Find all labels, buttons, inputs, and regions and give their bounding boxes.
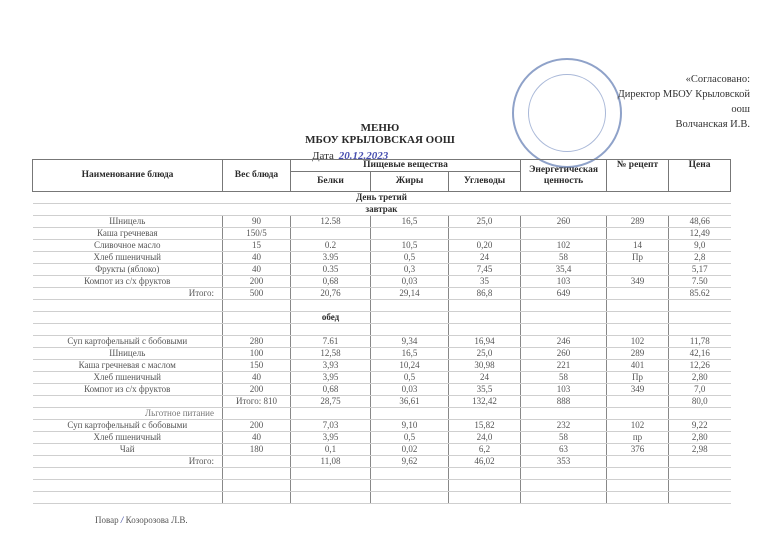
dish-recipe: 289 xyxy=(607,216,669,228)
total-row: Итого:50020,7629,1486,864985.62 xyxy=(33,288,731,300)
dish-energy: 102 xyxy=(521,240,607,252)
signature-mark: / xyxy=(121,515,124,525)
dish-protein: 0,68 xyxy=(291,276,371,288)
total-energy: 888 xyxy=(521,396,607,408)
dish-name: Суп картофельный с бобовыми xyxy=(33,336,223,348)
dish-carbs: 30,98 xyxy=(449,360,521,372)
total-recipe xyxy=(607,396,669,408)
dish-price: 9,22 xyxy=(669,420,731,432)
total-price xyxy=(669,456,731,468)
dish-carbs: 7,45 xyxy=(449,264,521,276)
dish-row: Суп картофельный с бобовыми2807.619,3416… xyxy=(33,336,731,348)
dish-carbs: 35,5 xyxy=(449,384,521,396)
dish-row: Сливочное масло150.210,50,20102149,0 xyxy=(33,240,731,252)
dish-protein: 0,1 xyxy=(291,444,371,456)
dish-energy: 246 xyxy=(521,336,607,348)
total-protein: 20,76 xyxy=(291,288,371,300)
dish-fat: 16,5 xyxy=(371,348,449,360)
dish-name: Компот из с/х фруктов xyxy=(33,384,223,396)
dish-energy: 260 xyxy=(521,216,607,228)
dish-fat: 0,5 xyxy=(371,432,449,444)
dish-recipe: 14 xyxy=(607,240,669,252)
header-nutrients: Пищевые вещества xyxy=(291,160,521,172)
dish-name: Чай xyxy=(33,444,223,456)
dish-name: Каша гречневая xyxy=(33,228,223,240)
dish-price: 11,78 xyxy=(669,336,731,348)
section-row: обед xyxy=(33,312,731,324)
dish-energy: 260 xyxy=(521,348,607,360)
dish-energy: 103 xyxy=(521,384,607,396)
dish-row: Каша гречневая с маслом1503,9310,2430,98… xyxy=(33,360,731,372)
dish-protein xyxy=(291,228,371,240)
total-recipe xyxy=(607,456,669,468)
total-carbs: 132,42 xyxy=(449,396,521,408)
dish-price: 2,80 xyxy=(669,432,731,444)
day-label: День третий xyxy=(33,192,731,204)
dish-energy xyxy=(521,228,607,240)
dish-name: Шницель xyxy=(33,216,223,228)
header-carbs: Углеводы xyxy=(449,172,521,192)
header-fat: Жиры xyxy=(371,172,449,192)
dish-recipe: 401 xyxy=(607,360,669,372)
approval-title: «Согласовано: xyxy=(600,72,750,87)
dish-fat: 10,24 xyxy=(371,360,449,372)
empty-row xyxy=(33,492,731,504)
dish-recipe: Пр xyxy=(607,372,669,384)
approval-name: Волчанская И.В. xyxy=(600,117,750,132)
dish-fat: 10,5 xyxy=(371,240,449,252)
dish-price: 2,98 xyxy=(669,444,731,456)
dish-weight: 40 xyxy=(223,252,291,264)
dish-weight: 280 xyxy=(223,336,291,348)
dish-carbs: 0,20 xyxy=(449,240,521,252)
dish-name: Хлеб пшеничный xyxy=(33,372,223,384)
dish-recipe: 349 xyxy=(607,384,669,396)
dish-price: 42,16 xyxy=(669,348,731,360)
dish-weight: 180 xyxy=(223,444,291,456)
total-weight: 500 xyxy=(223,288,291,300)
dish-recipe: 349 xyxy=(607,276,669,288)
section-row: завтрак xyxy=(33,204,731,216)
dish-carbs: 15,82 xyxy=(449,420,521,432)
dish-fat: 16,5 xyxy=(371,216,449,228)
total-energy: 649 xyxy=(521,288,607,300)
dish-name: Суп картофельный с бобовыми xyxy=(33,420,223,432)
dish-fat xyxy=(371,228,449,240)
total-label: Итого: xyxy=(33,288,223,300)
total-price: 80,0 xyxy=(669,396,731,408)
total-price: 85.62 xyxy=(669,288,731,300)
dish-weight: 200 xyxy=(223,276,291,288)
document-title: МЕНЮ МБОУ КРЫЛОВСКАЯ ООШ xyxy=(250,122,510,146)
dish-fat: 0,03 xyxy=(371,276,449,288)
dish-name: Хлеб пшеничный xyxy=(33,432,223,444)
dish-fat: 0,02 xyxy=(371,444,449,456)
dish-carbs: 35 xyxy=(449,276,521,288)
dish-carbs: 24 xyxy=(449,372,521,384)
dish-row: Хлеб пшеничный403,950,52458Пр2,80 xyxy=(33,372,731,384)
dish-row: Шницель10012,5816,525,026028942,16 xyxy=(33,348,731,360)
dish-recipe: 289 xyxy=(607,348,669,360)
dish-weight: 150 xyxy=(223,360,291,372)
approval-position: Директор МБОУ Крыловской оош xyxy=(600,87,750,117)
dish-weight: 150/5 xyxy=(223,228,291,240)
dish-recipe xyxy=(607,264,669,276)
dish-protein: 3,93 xyxy=(291,360,371,372)
dish-carbs: 25,0 xyxy=(449,348,521,360)
dish-fat: 0,5 xyxy=(371,372,449,384)
dish-name: Сливочное масло xyxy=(33,240,223,252)
total-energy: 353 xyxy=(521,456,607,468)
total-carbs: 86,8 xyxy=(449,288,521,300)
dish-fat: 0,3 xyxy=(371,264,449,276)
dish-protein: 3,95 xyxy=(291,432,371,444)
dish-protein: 7.61 xyxy=(291,336,371,348)
dish-energy: 63 xyxy=(521,444,607,456)
empty-row xyxy=(33,480,731,492)
dish-weight: 200 xyxy=(223,384,291,396)
header-recipe: № рецепт xyxy=(607,160,669,192)
menu-table: Наименование блюда Вес блюда Пищевые вещ… xyxy=(32,159,731,504)
dish-energy: 58 xyxy=(521,432,607,444)
dish-carbs: 16,94 xyxy=(449,336,521,348)
total-row: Итого:11,089,6246,02353 xyxy=(33,456,731,468)
section-title: завтрак xyxy=(33,204,731,216)
dish-row: Каша гречневая150/512,49 xyxy=(33,228,731,240)
dish-recipe: пр xyxy=(607,432,669,444)
header-price: Цена xyxy=(669,160,731,192)
dish-recipe: 102 xyxy=(607,420,669,432)
dish-price: 5,17 xyxy=(669,264,731,276)
dish-energy: 58 xyxy=(521,252,607,264)
dish-row: Компот из с/х фруктов2000,680,0335,51033… xyxy=(33,384,731,396)
dish-fat: 9,34 xyxy=(371,336,449,348)
dish-recipe: 376 xyxy=(607,444,669,456)
dish-price: 2,80 xyxy=(669,372,731,384)
dish-weight: 100 xyxy=(223,348,291,360)
approval-block: «Согласовано: Директор МБОУ Крыловской о… xyxy=(600,72,750,132)
dish-energy: 232 xyxy=(521,420,607,432)
dish-row: Компот из с/х фруктов2000,680,0335103349… xyxy=(33,276,731,288)
dish-energy: 35,4 xyxy=(521,264,607,276)
dish-protein: 12.58 xyxy=(291,216,371,228)
dish-protein: 0,68 xyxy=(291,384,371,396)
dish-carbs: 24 xyxy=(449,252,521,264)
dish-weight: 40 xyxy=(223,432,291,444)
total-protein: 28,75 xyxy=(291,396,371,408)
dish-carbs: 24,0 xyxy=(449,432,521,444)
section-title: обед xyxy=(291,312,371,324)
total-weight xyxy=(223,456,291,468)
dish-fat: 9,10 xyxy=(371,420,449,432)
dish-row: Чай1800,10,026,2633762,98 xyxy=(33,444,731,456)
dish-weight: 40 xyxy=(223,264,291,276)
dish-row: Хлеб пшеничный403.950,52458Пр2,8 xyxy=(33,252,731,264)
dish-price: 7.50 xyxy=(669,276,731,288)
dish-carbs: 25,0 xyxy=(449,216,521,228)
dish-protein: 0.2 xyxy=(291,240,371,252)
dish-name: Фрукты (яблоко) xyxy=(33,264,223,276)
dish-price: 12,26 xyxy=(669,360,731,372)
dish-protein: 0.35 xyxy=(291,264,371,276)
header-energy: Энергетическая ценность xyxy=(521,160,607,192)
total-carbs: 46,02 xyxy=(449,456,521,468)
total-label: Итого: xyxy=(33,456,223,468)
dish-name: Каша гречневая с маслом xyxy=(33,360,223,372)
dish-row: Хлеб пшеничный403,950,524,058пр2,80 xyxy=(33,432,731,444)
dish-protein: 12,58 xyxy=(291,348,371,360)
dish-protein: 7,03 xyxy=(291,420,371,432)
dish-name: Компот из с/х фруктов xyxy=(33,276,223,288)
dish-price: 9,0 xyxy=(669,240,731,252)
total-fat: 29,14 xyxy=(371,288,449,300)
dish-weight: 40 xyxy=(223,372,291,384)
title-school: МБОУ КРЫЛОВСКАЯ ООШ xyxy=(250,134,510,146)
dish-price: 48,66 xyxy=(669,216,731,228)
title-menu: МЕНЮ xyxy=(250,122,510,134)
dish-price: 7,0 xyxy=(669,384,731,396)
total-recipe xyxy=(607,288,669,300)
cook-label: Повар xyxy=(95,515,119,525)
dish-row: Шницель9012.5816,525,026028948,66 xyxy=(33,216,731,228)
total-fat: 9,62 xyxy=(371,456,449,468)
dish-weight: 200 xyxy=(223,420,291,432)
dish-row: Суп картофельный с бобовыми2007,039,1015… xyxy=(33,420,731,432)
total-fat: 36,61 xyxy=(371,396,449,408)
dish-weight: 90 xyxy=(223,216,291,228)
dish-recipe: Пр xyxy=(607,252,669,264)
dish-protein: 3.95 xyxy=(291,252,371,264)
dish-price: 12,49 xyxy=(669,228,731,240)
dish-name: Хлеб пшеничный xyxy=(33,252,223,264)
dish-carbs xyxy=(449,228,521,240)
total-row: Итого: 81028,7536,61132,4288880,0 xyxy=(33,396,731,408)
total-protein: 11,08 xyxy=(291,456,371,468)
dish-fat: 0,5 xyxy=(371,252,449,264)
dish-row: Фрукты (яблоко)400.350,37,4535,45,17 xyxy=(33,264,731,276)
header-protein: Белки xyxy=(291,172,371,192)
section-row: Льготное питание xyxy=(33,408,731,420)
header-name: Наименование блюда xyxy=(33,160,223,192)
dish-energy: 103 xyxy=(521,276,607,288)
dish-recipe xyxy=(607,228,669,240)
cook-name: Козорозова Л.В. xyxy=(126,515,188,525)
section-title: Льготное питание xyxy=(33,408,223,420)
dish-energy: 221 xyxy=(521,360,607,372)
dish-price: 2,8 xyxy=(669,252,731,264)
dish-name: Шницель xyxy=(33,348,223,360)
cook-signature-line: Повар / Козорозова Л.В. xyxy=(95,515,188,525)
dish-energy: 58 xyxy=(521,372,607,384)
header-weight: Вес блюда xyxy=(223,160,291,192)
empty-row xyxy=(33,468,731,480)
dish-weight: 15 xyxy=(223,240,291,252)
dish-carbs: 6,2 xyxy=(449,444,521,456)
dish-recipe: 102 xyxy=(607,336,669,348)
total-label: Итого: 810 xyxy=(223,396,291,408)
dish-protein: 3,95 xyxy=(291,372,371,384)
dish-fat: 0,03 xyxy=(371,384,449,396)
